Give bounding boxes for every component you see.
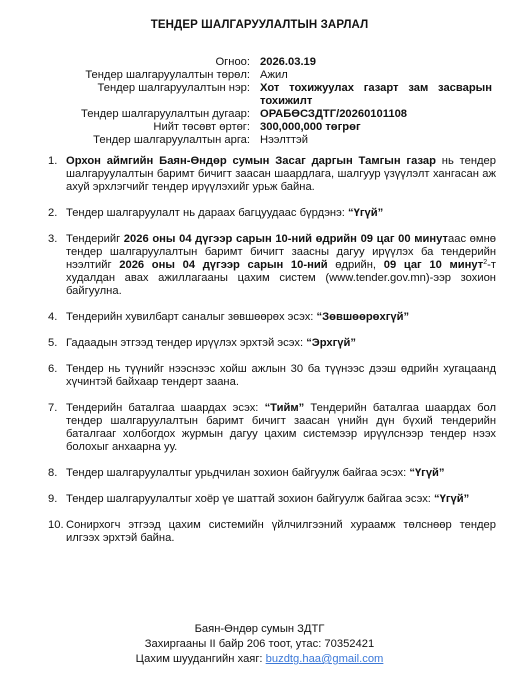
list-item-number: 1. [48, 155, 66, 194]
list-item-text: Тендерийн хувилбарт саналыг зөвшөөрөх эс… [66, 311, 496, 324]
list-item-text: Тендерийг 2026 оны 04 дүгээр сарын 10-ни… [66, 233, 496, 298]
list-item-number: 2. [48, 207, 66, 220]
bold-text: “Эрхгүй” [306, 337, 356, 349]
tender-detail-label: Тендер шалгаруулалтын нэр: [0, 82, 250, 108]
list-item: 5.Гадаадын этгээд тендер ирүүлэх эрхтэй … [48, 337, 496, 350]
list-item: 3.Тендерийг 2026 оны 04 дүгээр сарын 10-… [48, 233, 496, 298]
document-title: ТЕНДЕР ШАЛГАРУУЛАЛТЫН ЗАРЛАЛ [0, 19, 519, 32]
tender-detail-value: 300,000,000 төгрөг [260, 121, 492, 134]
tender-detail-row: Тендер шалгаруулалтын арга:Нээлттэй [0, 134, 519, 147]
footer-email-label: Цахим шуудангийн хаяг: [136, 653, 266, 665]
tender-detail-label: Нийт төсөвт өртөг: [0, 121, 250, 134]
tender-details-table: Огноо:2026.03.19Тендер шалгаруулалтын тө… [0, 56, 519, 147]
tender-detail-row: Нийт төсөвт өртөг:300,000,000 төгрөг [0, 121, 519, 134]
bold-text: “Тийм” [265, 402, 305, 414]
bold-text: Орхон аймгийн Баян-Өндөр сумын Засаг дар… [66, 155, 436, 167]
list-item-number: 3. [48, 233, 66, 298]
list-item-text: Сонирхогч этгээд цахим системийн үйлчилг… [66, 519, 496, 545]
list-item-number: 8. [48, 467, 66, 480]
footer-contact: Баян-Өндөр сумын ЗДТГ Захиргааны II байр… [0, 622, 519, 667]
footer-email-line: Цахим шуудангийн хаяг: buzdtg.haa@gmail.… [0, 652, 519, 667]
list-item: 9.Тендер шалгаруулалтыг хоёр үе шаттай з… [48, 493, 496, 506]
email-link[interactable]: buzdtg.haa@gmail.com [266, 653, 384, 665]
tender-detail-row: Тендер шалгаруулалтын нэр:Хот тохижуулах… [0, 82, 519, 108]
bold-text: “Үгүй” [348, 207, 383, 219]
list-item: 2.Тендер шалгаруулалт нь дараах багцууда… [48, 207, 496, 220]
text-segment: Тендерийг [66, 233, 124, 245]
bold-text: 2026 оны 04 дүгээр сарын 10-ний [119, 259, 327, 271]
list-item: 6.Тендер нь түүнийг нээснээс хойш ажлын … [48, 363, 496, 389]
list-item: 1.Орхон аймгийн Баян-Өндөр сумын Засаг д… [48, 155, 496, 194]
tender-detail-value: 2026.03.19 [260, 56, 492, 69]
text-segment: Тендер шалгаруулалт нь дараах багцуудаас… [66, 207, 348, 219]
list-item: 7.Тендерийн баталгаа шаардах эсэх: “Тийм… [48, 402, 496, 454]
list-item-number: 6. [48, 363, 66, 389]
text-segment: Тендер нь түүнийг нээснээс хойш ажлын 30… [66, 363, 496, 388]
text-segment: өдрийн, [328, 259, 384, 271]
tender-detail-value: Ажил [260, 69, 492, 82]
bold-text: 09 цаг 10 минут [384, 259, 484, 271]
tender-detail-label: Тендер шалгаруулалтын дугаар: [0, 108, 250, 121]
list-item: 4.Тендерийн хувилбарт саналыг зөвшөөрөх … [48, 311, 496, 324]
tender-detail-row: Тендер шалгаруулалтын төрөл:Ажил [0, 69, 519, 82]
list-item-number: 7. [48, 402, 66, 454]
tender-detail-label: Тендер шалгаруулалтын арга: [0, 134, 250, 147]
footer-address: Захиргааны II байр 206 тоот, утас: 70352… [0, 637, 519, 652]
text-segment: Тендерийн баталгаа шаардах эсэх: [66, 402, 265, 414]
footer-organization: Баян-Өндөр сумын ЗДТГ [0, 622, 519, 637]
text-segment: Тендер шалгаруулалтыг урьдчилан зохион б… [66, 467, 409, 479]
list-item-number: 9. [48, 493, 66, 506]
tender-conditions-list: 1.Орхон аймгийн Баян-Өндөр сумын Засаг д… [48, 155, 496, 558]
text-segment: Тендер шалгаруулалтыг хоёр үе шаттай зох… [66, 493, 434, 505]
list-item-text: Тендер шалгаруулалтыг урьдчилан зохион б… [66, 467, 496, 480]
list-item-text: Тендерийн баталгаа шаардах эсэх: “Тийм” … [66, 402, 496, 454]
list-item-text: Гадаадын этгээд тендер ирүүлэх эрхтэй эс… [66, 337, 496, 350]
list-item-number: 5. [48, 337, 66, 350]
list-item-number: 4. [48, 311, 66, 324]
list-item-text: Тендер шалгаруулалт нь дараах багцуудаас… [66, 207, 496, 220]
text-segment: Гадаадын этгээд тендер ирүүлэх эрхтэй эс… [66, 337, 306, 349]
tender-detail-label: Тендер шалгаруулалтын төрөл: [0, 69, 250, 82]
tender-detail-row: Огноо:2026.03.19 [0, 56, 519, 69]
list-item-number: 10. [48, 519, 66, 545]
list-item: 10.Сонирхогч этгээд цахим системийн үйлч… [48, 519, 496, 545]
bold-text: “Үгүй” [409, 467, 444, 479]
tender-detail-value: Нээлттэй [260, 134, 492, 147]
tender-detail-value: ОРАБӨСЗДТГ/20260101108 [260, 108, 492, 121]
tender-detail-label: Огноо: [0, 56, 250, 69]
list-item-text: Орхон аймгийн Баян-Өндөр сумын Засаг дар… [66, 155, 496, 194]
tender-detail-row: Тендер шалгаруулалтын дугаар:ОРАБӨСЗДТГ/… [0, 108, 519, 121]
bold-text: “Үгүй” [434, 493, 469, 505]
bold-text: “Зөвшөөрөхгүй” [317, 311, 410, 323]
text-segment: Сонирхогч этгээд цахим системийн үйлчилг… [66, 519, 496, 544]
bold-text: 2026 оны 04 дүгээр сарын 10-ний өдрийн 0… [124, 233, 448, 245]
list-item-text: Тендер шалгаруулалтыг хоёр үе шаттай зох… [66, 493, 496, 506]
text-segment: Тендерийн хувилбарт саналыг зөвшөөрөх эс… [66, 311, 317, 323]
list-item-text: Тендер нь түүнийг нээснээс хойш ажлын 30… [66, 363, 496, 389]
list-item: 8.Тендер шалгаруулалтыг урьдчилан зохион… [48, 467, 496, 480]
tender-detail-value: Хот тохижуулах газарт зам засварын тохиж… [260, 82, 492, 108]
